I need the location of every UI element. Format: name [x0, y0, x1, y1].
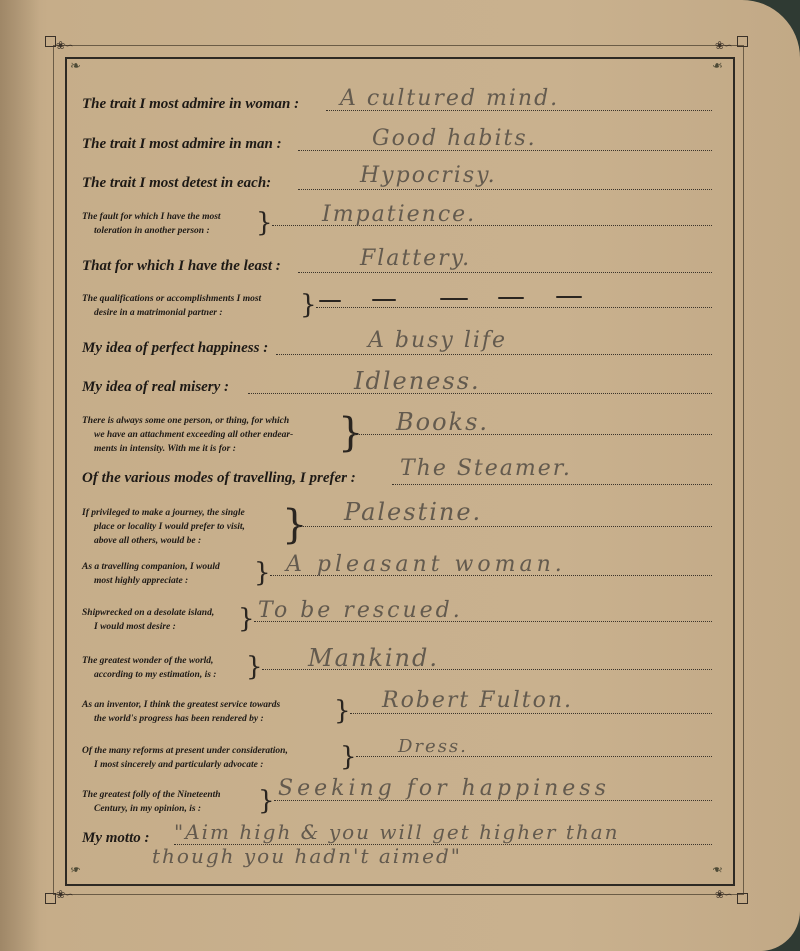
question-row: The qualifications or accomplishments I … — [82, 290, 712, 320]
question-row: If privileged to make a journey, the sin… — [82, 504, 712, 548]
question-row: That for which I have the least : Flatte… — [82, 254, 712, 278]
handwritten-answer: To be rescued. — [258, 598, 463, 623]
question-row: The trait I most admire in man : Good ha… — [82, 132, 712, 156]
question-prompt: The greatest folly of the Nineteenth Cen… — [82, 788, 221, 816]
question-row: Of the many reforms at present under con… — [82, 742, 712, 772]
question-prompt: Of the various modes of travelling, I pr… — [82, 470, 356, 487]
motto-row: My motto : "Aim high & you will get high… — [82, 828, 712, 878]
handwritten-answer: Palestine. — [344, 498, 482, 526]
question-row: As an inventor, I think the greatest ser… — [82, 696, 712, 726]
question-row: The fault for which I have the most tole… — [82, 208, 712, 238]
corner-box-ornament-icon — [45, 36, 56, 47]
handwritten-dash — [319, 300, 341, 302]
question-prompt: Shipwrecked on a desolate island, I woul… — [82, 606, 214, 634]
question-prompt: My idea of real misery : — [82, 379, 229, 396]
handwritten-answer: Seeking for happiness — [278, 776, 610, 801]
motto-prompt: My motto : — [82, 830, 150, 847]
bracket: } — [254, 558, 271, 588]
question-prompt: There is always some one person, or thin… — [82, 414, 293, 456]
question-prompt: As an inventor, I think the greatest ser… — [82, 698, 280, 726]
corner-flourish-icon: ❀∽ — [56, 889, 72, 900]
bracket: } — [340, 742, 357, 772]
question-row: The trait I most detest in each: Hypocri… — [82, 171, 712, 195]
bracket: } — [256, 208, 273, 238]
handwritten-answer: Good habits. — [372, 126, 537, 151]
answer-line — [298, 189, 712, 190]
question-prompt: The trait I most admire in man : — [82, 136, 282, 153]
answer-line — [350, 713, 712, 714]
question-row: As a travelling companion, I would most … — [82, 558, 712, 588]
handwritten-answer: Flattery. — [360, 246, 471, 271]
bracket: } — [338, 410, 363, 456]
handwritten-motto-line-1: "Aim high & you will get higher than — [174, 820, 620, 844]
handwritten-answer: A busy life — [368, 328, 507, 353]
handwritten-motto-line-2: though you hadn't aimed" — [152, 844, 462, 868]
album-page: ❀∽ ❀∽ ❀∽ ❀∽ ❧ ❧ ❧ ❧ The trait I most adm… — [0, 0, 800, 951]
handwritten-answer: Dress. — [398, 736, 468, 757]
question-prompt: The trait I most admire in woman : — [82, 96, 299, 113]
question-prompt: The trait I most detest in each: — [82, 175, 271, 192]
corner-box-ornament-icon — [737, 893, 748, 904]
handwritten-answer: The Steamer. — [400, 456, 572, 481]
handwritten-answer: Impatience. — [322, 202, 476, 227]
answer-line — [298, 526, 712, 527]
handwritten-answer: A pleasant woman. — [286, 552, 566, 577]
question-row: The greatest folly of the Nineteenth Cen… — [82, 786, 712, 816]
bracket: } — [238, 604, 255, 634]
answer-line — [392, 484, 712, 485]
corner-flourish-icon: ❀∽ — [715, 889, 731, 900]
corner-box-ornament-icon — [737, 36, 748, 47]
answer-line — [276, 354, 712, 355]
handwritten-answer: A cultured mind. — [340, 86, 559, 111]
question-row: There is always some one person, or thin… — [82, 412, 712, 456]
question-prompt: The greatest wonder of the world, accord… — [82, 654, 216, 682]
question-prompt: If privileged to make a journey, the sin… — [82, 506, 245, 548]
leaf-spray-icon: ❧ — [712, 862, 723, 875]
bracket: } — [282, 502, 307, 548]
bracket: } — [258, 786, 275, 816]
question-prompt: My idea of perfect happiness : — [82, 340, 268, 357]
question-prompt: The fault for which I have the most tole… — [82, 210, 221, 238]
leaf-spray-icon: ❧ — [712, 60, 723, 73]
question-prompt: Of the many reforms at present under con… — [82, 744, 288, 772]
handwritten-answer: Robert Fulton. — [382, 688, 573, 713]
leaf-spray-icon: ❧ — [70, 862, 81, 875]
corner-flourish-icon: ❀∽ — [715, 40, 731, 51]
question-row: Shipwrecked on a desolate island, I woul… — [82, 604, 712, 634]
bracket: } — [334, 696, 351, 726]
handwritten-dash — [372, 299, 396, 301]
corner-flourish-icon: ❀∽ — [56, 40, 72, 51]
question-prompt: That for which I have the least : — [82, 258, 281, 275]
leaf-spray-icon: ❧ — [70, 60, 81, 73]
corner-box-ornament-icon — [45, 893, 56, 904]
bracket: } — [300, 290, 317, 320]
handwritten-dash — [440, 298, 468, 300]
handwritten-dash — [498, 297, 524, 299]
bracket: } — [246, 652, 263, 682]
question-row: My idea of perfect happiness : A busy li… — [82, 336, 712, 360]
handwritten-answer: Mankind. — [308, 644, 439, 672]
question-prompt: The qualifications or accomplishments I … — [82, 292, 261, 320]
handwritten-answer: Idleness. — [354, 367, 481, 395]
question-row: The greatest wonder of the world, accord… — [82, 652, 712, 682]
handwritten-dash — [556, 296, 582, 298]
question-row: Of the various modes of travelling, I pr… — [82, 466, 712, 490]
answer-line — [316, 307, 712, 308]
answer-line — [298, 272, 712, 273]
question-row: My idea of real misery : Idleness. — [82, 375, 712, 399]
handwritten-answer: Hypocrisy. — [360, 163, 497, 188]
question-prompt: As a travelling companion, I would most … — [82, 560, 220, 588]
handwritten-answer: Books. — [396, 408, 489, 436]
question-row: The trait I most admire in woman : A cul… — [82, 92, 712, 116]
